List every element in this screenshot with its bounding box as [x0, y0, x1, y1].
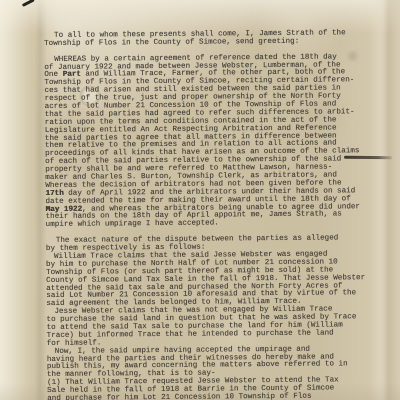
- document-line: umpire which umpirage I have accepted.: [46, 219, 380, 230]
- pen-mark: [22, 0, 35, 7]
- ink-scratch-mark: [344, 156, 392, 159]
- paragraph-trace-claim: William Trace claims that the said Jesse…: [46, 251, 380, 309]
- document-line: and purchase for him Lot 21 Concession 1…: [47, 393, 381, 400]
- paragraph-award-declaration: Now, I, the said umpire having accepted …: [47, 346, 381, 380]
- paragraph-salutation: To all to whom these presents shall come…: [44, 30, 378, 49]
- paragraph-whereas-recitals: WHEREAS by a certain agreement of refere…: [44, 54, 380, 231]
- scanned-document-page: To all to whom these presents shall come…: [0, 0, 400, 400]
- paragraph-webster-claim: Jesse Webster claims that he was not eng…: [46, 306, 380, 348]
- paragraph-award-item-1: (1) That William Trace requested Jesse W…: [47, 377, 381, 400]
- document-text: To all to whom these presents shall come…: [44, 30, 381, 400]
- document-line: Township of Flos in the County of Simcoe…: [44, 38, 378, 49]
